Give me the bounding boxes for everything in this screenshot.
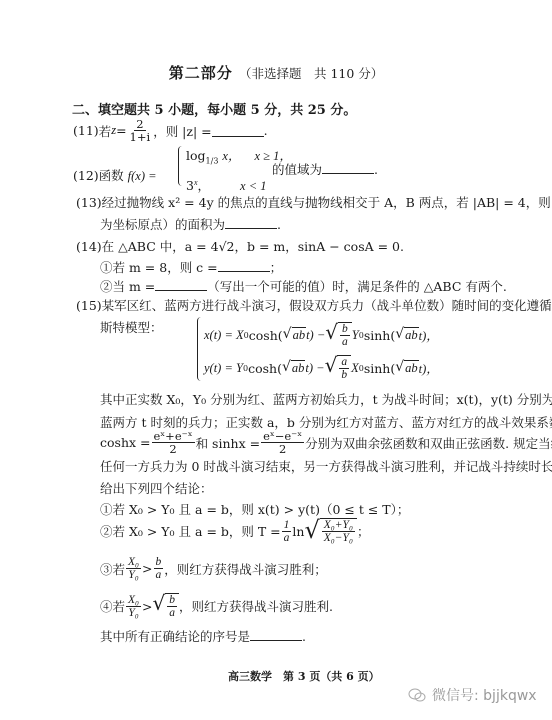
c2-sqrt: √X₀+Y₀X₀−Y₀	[304, 518, 356, 544]
q11-end: .	[264, 123, 268, 138]
q13-text-2: 为坐标原点）的面积为	[100, 217, 225, 232]
q14-part1-answer-blank[interactable]	[218, 260, 270, 272]
q12-pow: 3	[186, 178, 194, 193]
c4-gt: >	[142, 599, 152, 614]
c3-xy-num: X₀	[126, 556, 141, 569]
q15-final-text: 其中所有正确结论的序号是	[100, 629, 250, 644]
cosh-label: coshx =	[100, 435, 151, 450]
q15-desc-3-tail: 分别为双曲余弦函数和双曲正弦函数. 规定当红、蓝两方	[305, 434, 552, 452]
question-13-line-2: 为坐标原点）的面积为.	[100, 215, 281, 233]
q14-part1-text: ①若 m = 8，则 c =	[100, 260, 218, 275]
watermark-text: 微信号: bjjkqwx	[432, 685, 537, 705]
q12-case-2: 3x， x < 1	[186, 176, 267, 194]
q15-equation-2: y(t) = Y0 cosh( √ab t) − √ab X0 sinh( √a…	[204, 355, 439, 381]
c3-frac-ba: ba	[154, 556, 164, 581]
section-heading: 二、填空题共 5 小题，每小题 5 分，共 25 分。	[72, 99, 356, 118]
q15-system-brace	[197, 317, 204, 381]
q12-cond-2: x < 1	[240, 179, 266, 193]
eq2-sqrt-ab: √ab	[282, 360, 305, 376]
c4-sqrt: √ba	[153, 593, 180, 619]
q12-post: 的值域为	[272, 162, 322, 177]
eq2-sinh: sinh(	[364, 361, 395, 376]
eq1-frac-den: a	[340, 336, 350, 348]
q14-number: (14)	[76, 239, 102, 254]
q14-part-1: ①若 m = 8，则 c =；	[100, 258, 282, 276]
q15-final-end: .	[302, 629, 306, 644]
c2-frac-den: a	[282, 532, 292, 544]
part-title: 第二部分 （非选择题 共 110 分）	[0, 62, 552, 83]
c4-ba-num: b	[167, 594, 177, 607]
c4-ba-den: a	[167, 607, 177, 619]
eq1-t: t) −	[306, 328, 325, 343]
c4-xy-den: Y₀	[126, 607, 140, 619]
c2-ln: ln	[292, 524, 304, 539]
eq1-lhs: x(t) = X	[204, 328, 244, 343]
eq2-cosh: cosh(	[248, 361, 282, 376]
conclusion-3: ③若 X₀Y₀ > ba ，则红方获得战斗演习胜利；	[100, 556, 327, 581]
c3-gt: >	[142, 561, 152, 576]
c3-text: ③若	[100, 560, 125, 578]
eq1-sqrt-ab-2: √ab	[395, 327, 418, 343]
q12-text: 函数	[99, 168, 128, 183]
q13-text-1: 经过抛物线 x² = 4y 的焦点的直线与抛物线相交于 A，B 两点，若 |AB…	[102, 195, 552, 210]
wechat-icon	[408, 688, 426, 702]
question-12: (12)函数 f(x) =	[73, 166, 157, 184]
eq2-t: t) −	[305, 361, 324, 376]
question-11: (11) 若 z = 2 1+i ，则 |z| = .	[73, 118, 268, 143]
c2-end: ；	[357, 522, 370, 540]
c3-xy-den: Y₀	[126, 569, 140, 581]
q11-post: ，则 |z| =	[153, 122, 211, 140]
q12-fx: f(x) =	[128, 169, 157, 183]
sinh-label: 和 sinhx =	[196, 434, 260, 452]
sinh-den: 2	[277, 443, 288, 455]
q11-text: 若	[99, 122, 112, 140]
c2-sqrt-den: X₀−Y₀	[322, 532, 355, 544]
q12-end: .	[374, 162, 378, 177]
c3-frac-xy: X₀Y₀	[126, 556, 141, 581]
cosh-den: 2	[167, 443, 178, 455]
q14-part2-answer-blank[interactable]	[155, 279, 207, 291]
c4-frac-xy: X₀Y₀	[126, 594, 141, 619]
q11-eq: =	[116, 123, 126, 138]
eq2-X: X	[351, 361, 359, 376]
c3-ba-den: a	[154, 569, 164, 581]
eq2-sqrt-frac: √ab	[325, 355, 352, 381]
q14-part-2: ②当 m =（写出一个可能的值）时，满足条件的 △ABC 有两个.	[100, 277, 507, 295]
part-title-sub: （非选择题 共 110 分）	[239, 66, 383, 81]
q15-equation-1: x(t) = X0 cosh( √ab t) − √ba Y0 sinh( √a…	[204, 322, 439, 348]
q15-desc-5: 给出下列四个结论：	[100, 479, 213, 497]
eq1-sqrt-body: ab	[292, 327, 307, 343]
part-title-main: 第二部分	[169, 64, 233, 82]
eq1-sinh: sinh(	[364, 328, 395, 343]
q12-pow-tail: ，	[198, 178, 211, 193]
question-15-line-1: (15)某军区红、蓝两方进行战斗演习，假设双方兵力（战斗单位数）随时间的变化遵循…	[76, 296, 552, 314]
q13-end: .	[277, 217, 281, 232]
question-14: (14)在 △ABC 中，a = 4√2，b = m，sinA − cosA =…	[76, 237, 404, 255]
conclusion-2: ②若 X₀ > Y₀ 且 a = b，则 T = 1a ln √X₀+Y₀X₀−…	[100, 518, 369, 544]
q14-text: 在 △ABC 中，a = 4√2，b = m，sinA − cosA = 0.	[102, 239, 404, 254]
eq2-sqrt-body-2: ab	[404, 360, 419, 376]
eq1-sqrt-ab: √ab	[283, 327, 306, 343]
q12-log-base: 1/3	[206, 157, 219, 166]
q12-log-arg: x，	[222, 149, 240, 163]
q13-answer-blank[interactable]	[225, 217, 277, 229]
watermark: 微信号: bjjkqwx	[408, 685, 537, 705]
question-15-line-2: 斯特模型：	[100, 318, 163, 336]
c3-ba-num: b	[154, 556, 164, 569]
eq1-cosh: cosh(	[249, 328, 283, 343]
q15-final: 其中所有正确结论的序号是.	[100, 627, 306, 645]
c2-text: ②若 X₀ > Y₀ 且 a = b，则 T =	[100, 522, 281, 540]
q12-log: log	[186, 148, 206, 163]
eq1-sqrt-frac: √ba	[325, 322, 352, 348]
eq2-sqrt-ab-2: √ab	[395, 360, 418, 376]
q14-part2-post: （写出一个可能的值）时，满足条件的 △ABC 有两个.	[207, 279, 507, 294]
eq1-end: t)，	[419, 326, 439, 344]
eq2-frac-num: a	[339, 356, 349, 369]
q15-desc-4: 任何一方兵力为 0 时战斗演习结束，另一方获得战斗演习胜利，并记战斗持续时长为 …	[100, 457, 552, 475]
q11-number: (11)	[73, 123, 99, 138]
q15-desc-3: coshx = eˣ+e⁻ˣ2 和 sinhx = eˣ−e⁻ˣ2 分别为双曲余…	[100, 430, 552, 455]
q15-number: (15)	[76, 298, 102, 313]
c3-post: ，则红方获得战斗演习胜利；	[164, 560, 327, 578]
conclusion-1: ①若 X₀ > Y₀ 且 a = b，则 x(t) > y(t)（0 ≤ t ≤…	[100, 500, 409, 518]
cosh-fraction: eˣ+e⁻ˣ2	[152, 430, 195, 455]
q12-tail: 的值域为.	[272, 160, 378, 178]
q12-answer-blank[interactable]	[322, 162, 374, 174]
c4-xy-num: X₀	[126, 594, 141, 607]
q15-text-1: 某军区红、蓝两方进行战斗演习，假设双方兵力（战斗单位数）随时间的变化遵循兰彻	[102, 298, 552, 313]
q15-answer-blank[interactable]	[250, 629, 302, 641]
q13-number: (13)	[76, 195, 102, 210]
c2-sqrt-num: X₀+Y₀	[322, 519, 355, 532]
question-13-line-1: (13)经过抛物线 x² = 4y 的焦点的直线与抛物线相交于 A，B 两点，若…	[76, 193, 552, 211]
sinh-fraction: eˣ−e⁻ˣ2	[261, 430, 304, 455]
c2-frac: 1a	[282, 519, 292, 544]
eq1-frac-num: b	[340, 323, 350, 336]
q11-frac-den: 1+i	[128, 131, 153, 143]
q11-fraction: 2 1+i	[128, 118, 153, 143]
page-footer: 高三数学 第 3 页（共 6 页）	[228, 668, 380, 684]
eq2-frac-den: b	[339, 369, 349, 381]
q15-desc-1: 其中正实数 X₀，Y₀ 分别为红、蓝两方初始兵力，t 为战斗时间；x(t)，y(…	[100, 390, 552, 408]
c4-post: ，则红方获得战斗演习胜利.	[179, 597, 333, 615]
eq2-sqrt-body: ab	[291, 360, 306, 376]
q12-brace	[178, 146, 185, 186]
q14-part1-end: ；	[270, 260, 283, 275]
eq1-Y: Y	[352, 328, 359, 343]
q14-part2-text: ②当 m =	[100, 279, 155, 294]
c2-frac-num: 1	[282, 519, 292, 532]
q12-number: (12)	[73, 168, 99, 183]
q11-answer-blank[interactable]	[212, 125, 264, 137]
conclusion-4: ④若 X₀Y₀ > √ba ，则红方获得战斗演习胜利.	[100, 593, 333, 619]
eq2-end: t)，	[419, 359, 439, 377]
c4-text: ④若	[100, 597, 125, 615]
eq2-lhs: y(t) = Y	[204, 361, 243, 376]
eq1-sqrt-body-2: ab	[404, 327, 419, 343]
